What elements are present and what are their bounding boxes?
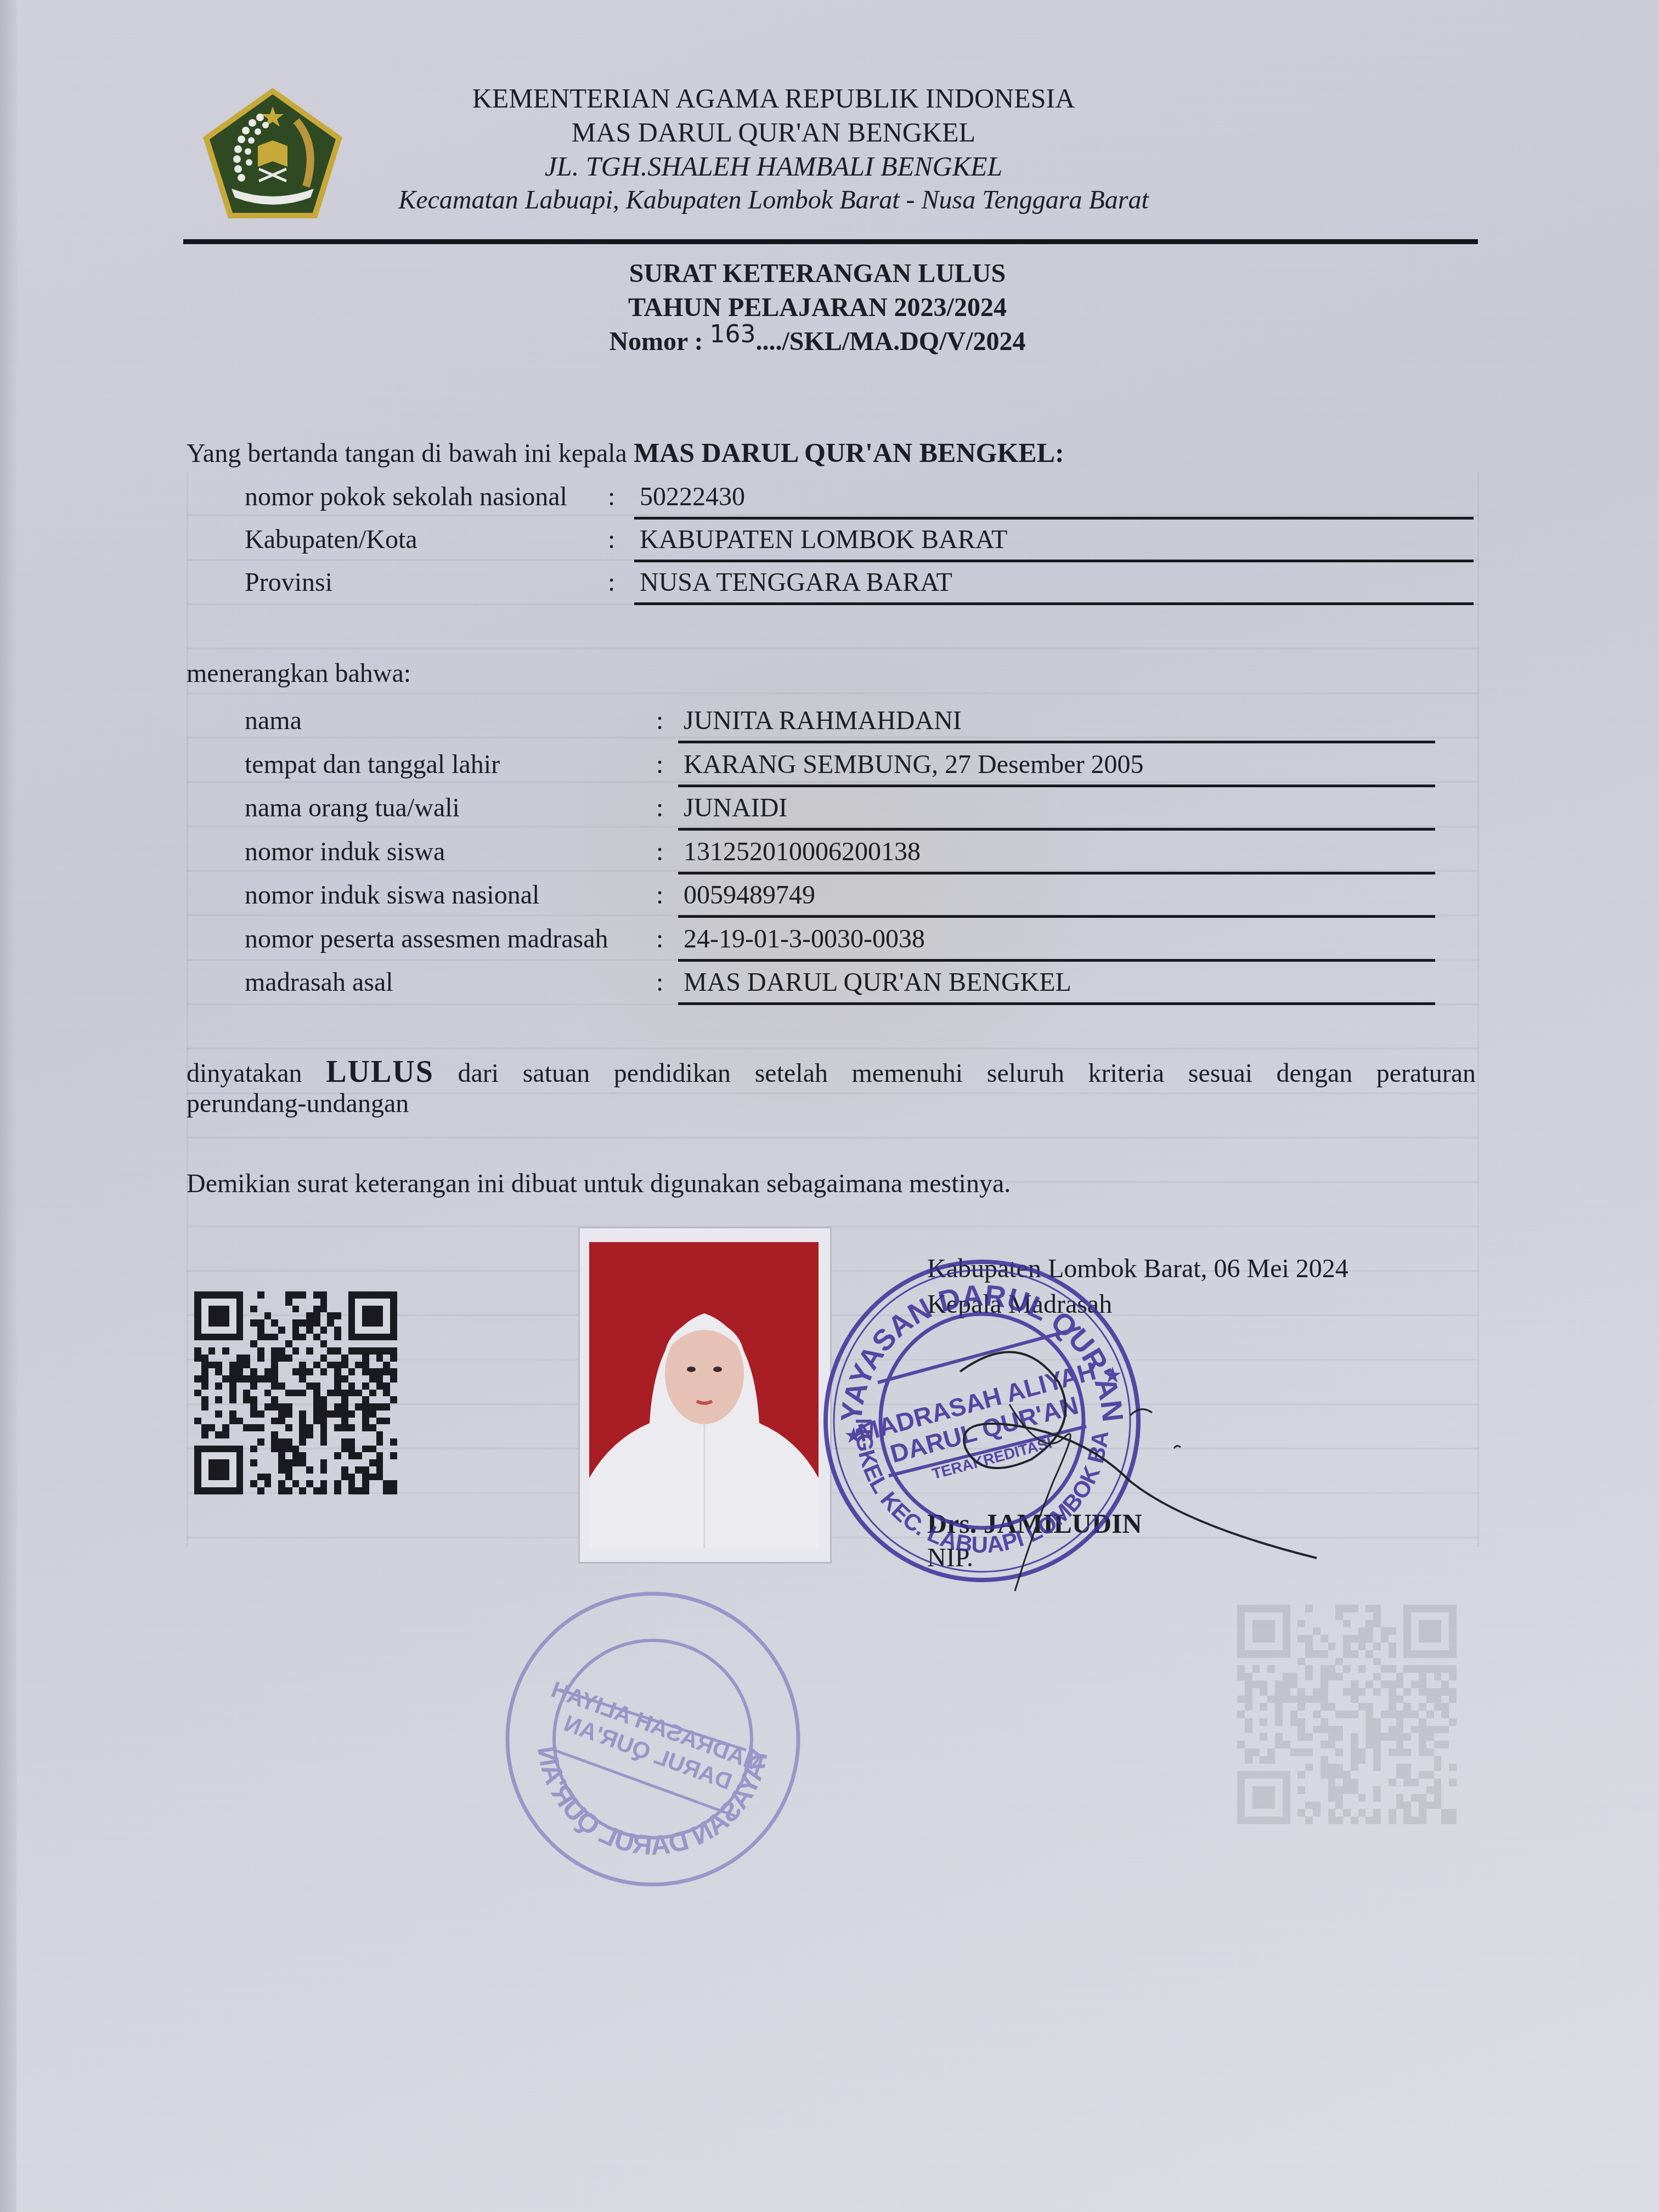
field-underline [634,517,1474,520]
field-value: 131252010006200138 [684,837,921,867]
faded-qr-code-icon [1237,1605,1457,1824]
field-colon: : [656,706,663,736]
svg-text:★: ★ [844,1423,864,1448]
field-value: 24-19-01-3-0030-0038 [684,924,925,954]
explains-text: menerangkan bahwa: [187,658,411,689]
faded-stamp-icon: YAYASAN DARUL QUR'AN MADRASAH ALIYAH DAR… [499,1585,806,1893]
field-underline [678,915,1435,918]
field-colon: : [656,880,663,910]
field-colon: : [656,837,663,867]
school-street: JL. TGH.SHALEH HAMBALI BENGKEL [252,149,1295,183]
result-statement: dinyatakan LULUS dari satuan pendidikan … [187,1056,1476,1090]
field-underline [678,741,1435,743]
field-value: JUNAIDI [684,793,787,823]
field-colon: : [608,524,615,555]
field-value: MAS DARUL QUR'AN BENGKEL [684,967,1071,997]
student-photo [589,1242,819,1548]
field-value: JUNITA RAHMAHDANI [684,706,962,736]
field-label: nama [245,706,302,736]
letterhead-rule [183,239,1478,244]
field-label: nomor induk siswa [245,837,445,867]
field-value: KABUPATEN LOMBOK BARAT [640,524,1007,555]
result-suffix: dari satuan pendidikan setelah memenuhi … [434,1059,1476,1088]
field-colon: : [608,482,615,512]
field-label: Kabupaten/Kota [245,524,417,555]
field-label: Provinsi [245,567,332,597]
document-number: Nomor : 163..../SKL/MA.DQ/V/2024 [461,325,1174,359]
school-name: MAS DARUL QUR'AN BENGKEL [252,115,1295,149]
title-line-2: TAHUN PELAJARAN 2023/2024 [461,291,1174,325]
field-label: nomor pokok sekolah nasional [245,482,567,512]
graduation-status: LULUS [326,1055,434,1089]
title-line-1: SURAT KETERANGAN LULUS [461,257,1174,291]
field-underline [634,602,1474,605]
field-label: nomor induk siswa nasional [245,880,539,910]
handwritten-number: 163 [710,320,756,348]
field-underline [678,1002,1435,1005]
signature-scribble-icon [900,1317,1328,1602]
closing-statement: Demikian surat keterangan ini dibuat unt… [187,1169,1011,1199]
field-underline [678,828,1435,831]
field-label: madrasah asal [245,967,393,997]
ministry-name: KEMENTERIAN AGAMA REPUBLIK INDONESIA [252,81,1295,115]
paper-edge [0,0,16,2212]
result-prefix: dinyatakan [187,1059,326,1088]
qr-code-icon [194,1291,397,1494]
student-portrait-icon [589,1242,819,1548]
field-colon: : [656,749,663,780]
field-label: tempat dan tanggal lahir [245,749,500,780]
field-value: 0059489749 [684,880,815,910]
document-title: SURAT KETERANGAN LULUS TAHUN PELAJARAN 2… [461,257,1174,359]
field-colon: : [656,924,663,954]
field-colon: : [656,967,663,997]
intro-text: Yang bertanda tangan di bawah ini kepala… [187,437,1064,469]
field-colon: : [656,793,663,823]
field-underline [634,560,1474,562]
field-label: nama orang tua/wali [245,793,460,823]
field-underline [678,872,1435,874]
number-suffix: ..../SKL/MA.DQ/V/2024 [756,327,1026,356]
field-value: KARANG SEMBUNG, 27 Desember 2005 [684,749,1144,780]
field-label: nomor peserta assesmen madrasah [245,924,608,954]
intro-plain: Yang bertanda tangan di bawah ini kepala [187,439,634,468]
letterhead: KEMENTERIAN AGAMA REPUBLIK INDONESIA MAS… [461,81,1503,217]
field-underline [678,959,1435,962]
intro-school: MAS DARUL QUR'AN BENGKEL: [634,437,1064,468]
school-region: Kecamatan Labuapi, Kabupaten Lombok Bara… [252,183,1295,217]
field-value: NUSA TENGGARA BARAT [640,567,952,597]
result-line-2: perundang-undangan [187,1088,409,1119]
field-colon: : [608,567,615,597]
field-underline [678,785,1435,787]
number-label: Nomor : [609,327,709,356]
field-value: 50222430 [640,482,745,512]
